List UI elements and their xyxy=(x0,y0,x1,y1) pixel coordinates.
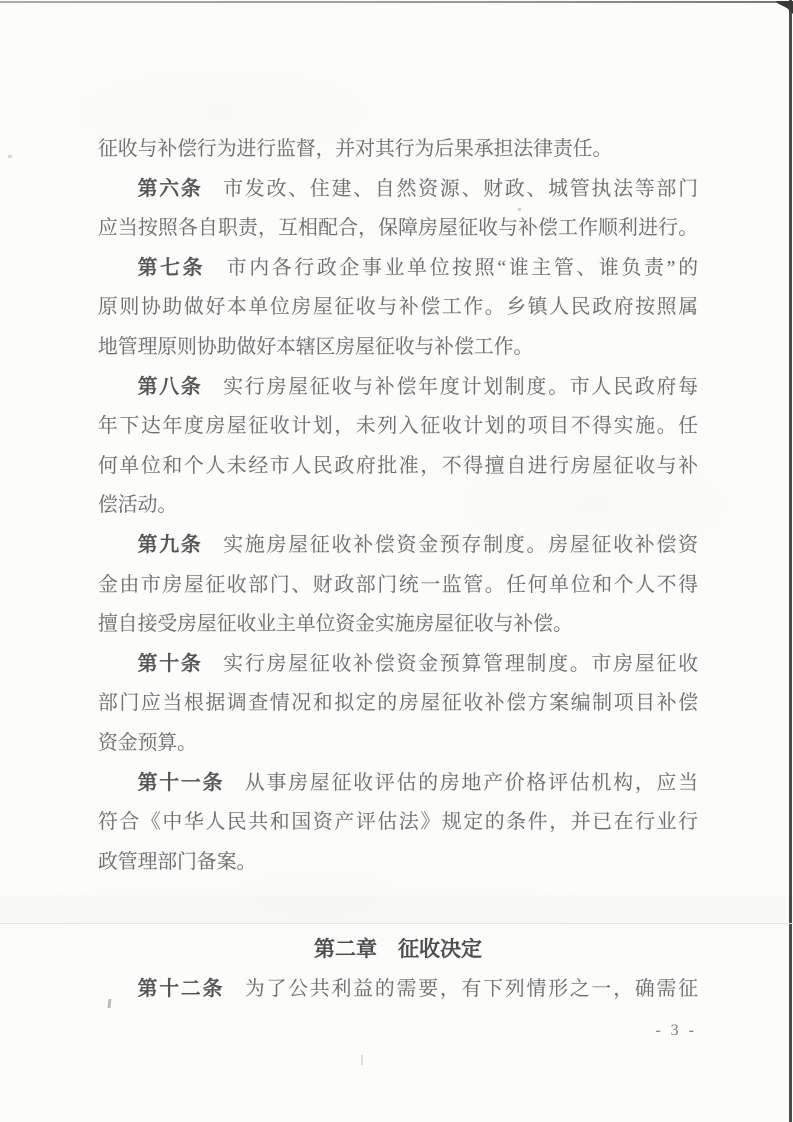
article-number: 第十条 xyxy=(138,653,203,675)
text-line: 何单位和个人未经市人民政府批准，不得擅自进行房屋征收与补 xyxy=(98,447,698,487)
text-line: 偿活动。 xyxy=(98,486,698,526)
text-line: 第九条实施房屋征收补偿资金预存制度。房屋征收补偿资 xyxy=(98,526,698,566)
line-text: 偿活动。 xyxy=(98,494,177,516)
scan-speck xyxy=(8,155,12,158)
line-text: 实行房屋征收补偿资金预算管理制度。市房屋征收 xyxy=(221,653,698,675)
text-line: 第八条实行房屋征收与补偿年度计划制度。市人民政府每 xyxy=(98,368,698,408)
text-line: 征收与补偿行为进行监督，并对其行为后果承担法律责任。 xyxy=(98,130,698,170)
text-line: 第七条市内各行政企事业单位按照“谁主管、谁负责”的 xyxy=(98,249,698,289)
line-text: 金由市房屋征收部门、财政部门统一监管。任何单位和个人不得 xyxy=(98,574,698,596)
line-text: 应当按照各自职责，互相配合，保障房屋征收与补偿工作顺利进行。 xyxy=(98,217,698,239)
text-line: 第六条市发改、住建、自然资源、财政、城管执法等部门 xyxy=(98,170,698,210)
scan-top-edge-line xyxy=(0,1,793,3)
line-text: 实施房屋征收补偿资金预存制度。房屋征收补偿资 xyxy=(221,534,698,556)
text-line: 第十条实行房屋征收补偿资金预算管理制度。市房屋征收 xyxy=(98,645,698,685)
text-line: 符合《中华人民共和国资产评估法》规定的条件，并已在行业行 xyxy=(98,803,698,843)
article-number: 第十二条 xyxy=(138,978,225,1000)
chapter-heading: 第二章征收决定 xyxy=(98,930,698,970)
line-text: 从事房屋征收评估的房地产价格评估机构，应当 xyxy=(243,772,698,794)
text-line: 年下达年度房屋征收计划，未列入征收计划的项目不得实施。任 xyxy=(98,407,698,447)
text-line: 应当按照各自职责，互相配合，保障房屋征收与补偿工作顺利进行。 xyxy=(98,209,698,249)
line-text: 部门应当根据调查情况和拟定的房屋征收补偿方案编制项目补偿 xyxy=(98,692,698,714)
scan-right-edge-line xyxy=(789,0,792,1122)
article-number: 第八条 xyxy=(138,376,203,398)
text-line: 擅自接受房屋征收业主单位资金实施房屋征收与补偿。 xyxy=(98,605,698,645)
line-text: 政管理部门备案。 xyxy=(98,851,256,873)
line-text: 为了公共利益的需要，有下列情形之一，确需征 xyxy=(243,978,698,1000)
text-line: 第十二条为了公共利益的需要，有下列情形之一，确需征 xyxy=(98,970,698,1010)
text-line: 部门应当根据调查情况和拟定的房屋征收补偿方案编制项目补偿 xyxy=(98,684,698,724)
text-line: 第十一条从事房屋征收评估的房地产价格评估机构，应当 xyxy=(98,764,698,804)
article-number: 第七条 xyxy=(138,257,206,279)
line-text: 市发改、住建、自然资源、财政、城管执法等部门 xyxy=(221,178,698,200)
chapter-number: 第二章 xyxy=(314,937,377,961)
line-text: 征收与补偿行为进行监督，并对其行为后果承担法律责任。 xyxy=(98,138,612,160)
line-text: 资金预算。 xyxy=(98,732,197,754)
line-text: 年下达年度房屋征收计划，未列入征收计划的项目不得实施。任 xyxy=(98,415,698,437)
text-line: 政管理部门备案。 xyxy=(98,843,698,883)
line-text: 市内各行政企事业单位按照“谁主管、谁负责”的 xyxy=(224,257,698,279)
page-number: - 3 - xyxy=(655,1022,697,1040)
article-number: 第六条 xyxy=(138,178,203,200)
line-text: 地管理原则协助做好本辖区房屋征收与补偿工作。 xyxy=(98,336,533,358)
article-number: 第十一条 xyxy=(138,772,225,794)
line-text: 符合《中华人民共和国资产评估法》规定的条件，并已在行业行 xyxy=(98,811,698,833)
scanned-document-page: 征收与补偿行为进行监督，并对其行为后果承担法律责任。第六条市发改、住建、自然资源… xyxy=(0,0,793,1122)
line-text: 擅自接受房屋征收业主单位资金实施房屋征收与补偿。 xyxy=(98,613,573,635)
article-number: 第九条 xyxy=(138,534,203,556)
line-text: 何单位和个人未经市人民政府批准，不得擅自进行房屋征收与补 xyxy=(98,455,698,477)
document-body: 征收与补偿行为进行监督，并对其行为后果承担法律责任。第六条市发改、住建、自然资源… xyxy=(98,130,698,1009)
text-line: 地管理原则协助做好本辖区房屋征收与补偿工作。 xyxy=(98,328,698,368)
text-line: 原则协助做好本单位房屋征收与补偿工作。乡镇人民政府按照属 xyxy=(98,288,698,328)
text-line: 资金预算。 xyxy=(98,724,698,764)
line-text: 原则协助做好本单位房屋征收与补偿工作。乡镇人民政府按照属 xyxy=(98,296,698,318)
scan-speck xyxy=(361,1055,363,1065)
line-text: 征收决定 xyxy=(398,937,482,961)
text-line: 金由市房屋征收部门、财政部门统一监管。任何单位和个人不得 xyxy=(98,566,698,606)
line-text: 实行房屋征收与补偿年度计划制度。市人民政府每 xyxy=(221,376,698,398)
